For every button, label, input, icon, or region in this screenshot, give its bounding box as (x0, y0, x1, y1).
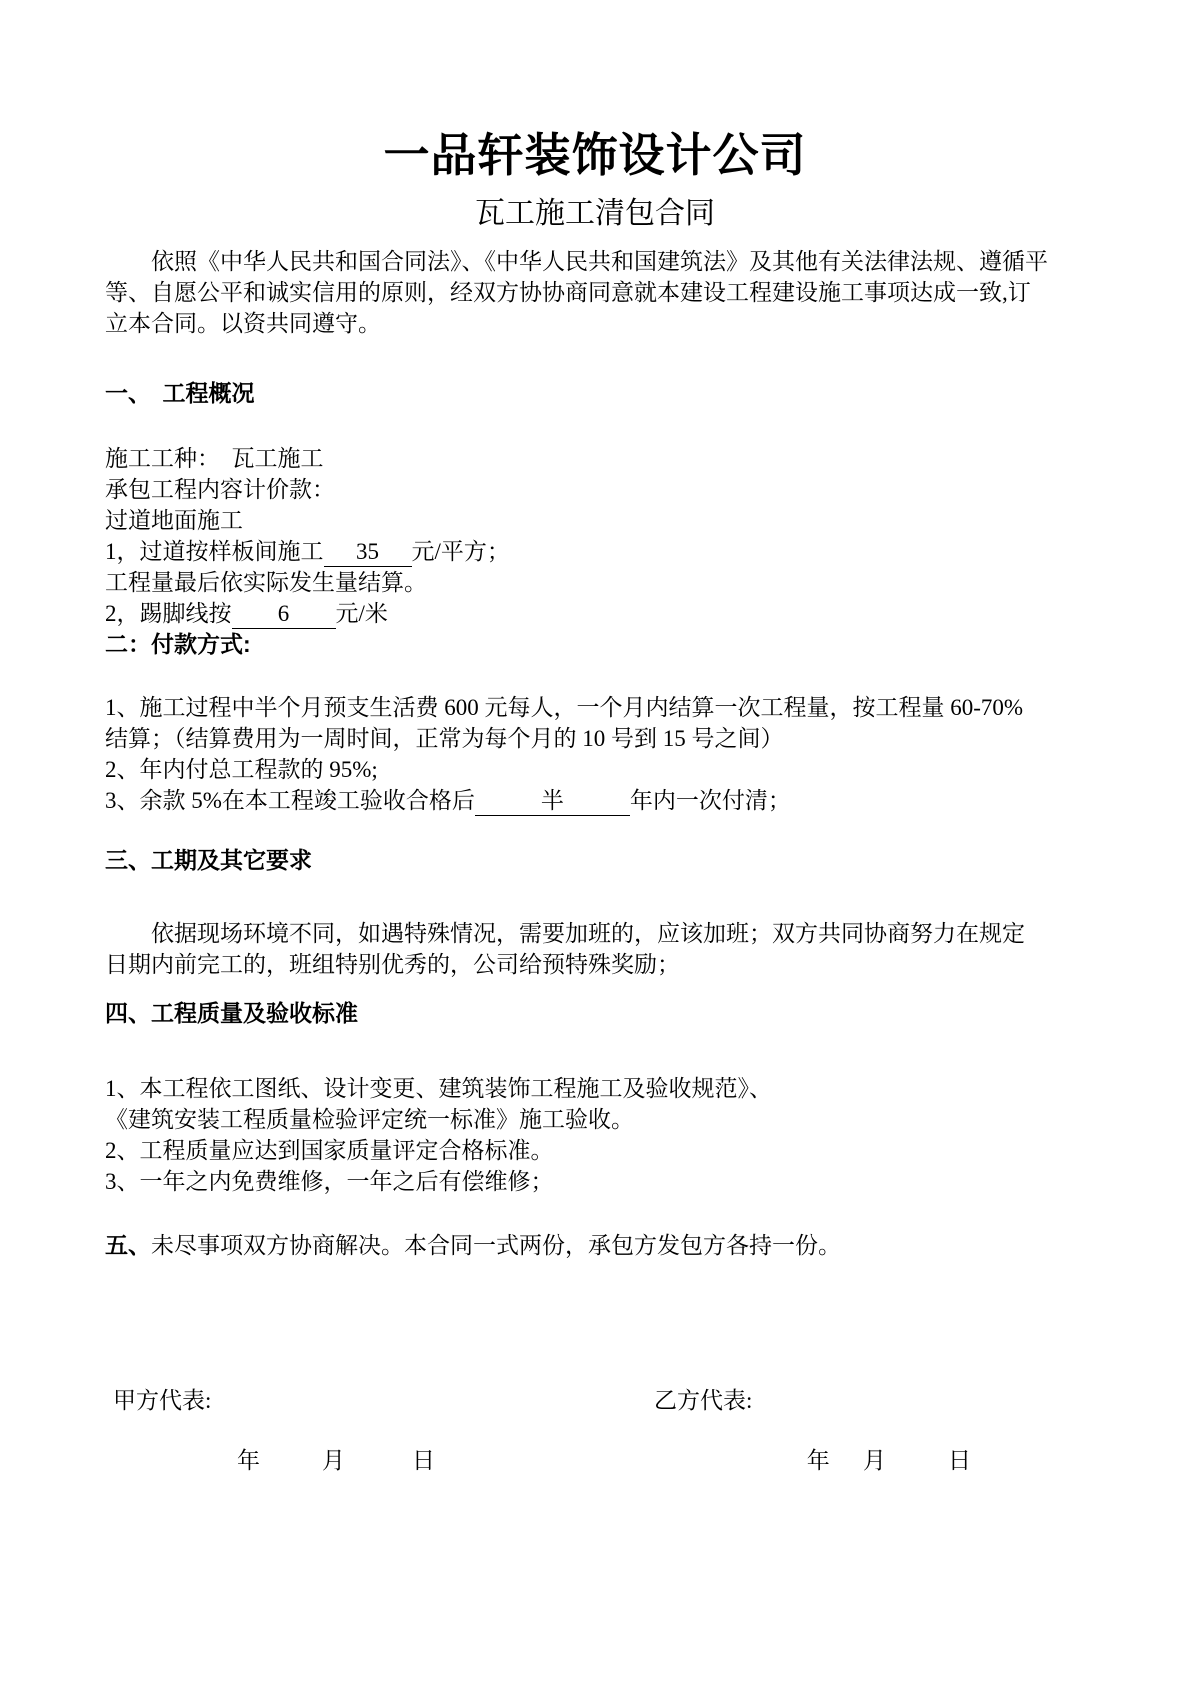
section5-number: 五、 (105, 1232, 151, 1258)
party-b-day-label: 日 (948, 1445, 971, 1476)
date-row: 年 月 日 年 月 日 (105, 1445, 1085, 1476)
price-item-1: 1，过道按样板间施工35元/平方； (105, 536, 1085, 567)
section4-heading: 四、工程质量及验收标准 (105, 998, 1085, 1029)
quality-item-3: 3、一年之内免费维修，一年之后有偿维修； (105, 1166, 1085, 1197)
section2-content: 1、施工过程中半个月预支生活费 600 元每人，一个月内结算一次工程量，按工程量… (105, 692, 1085, 816)
party-a-month-label: 月 (322, 1445, 345, 1476)
payment-item-2: 2、年内付总工程款的 95%; (105, 754, 1085, 785)
signature-row: 甲方代表: 乙方代表: (105, 1385, 1085, 1416)
intro-paragraph: 依照《中华人民共和国合同法》、《中华人民共和国建筑法》及其他有关法律法规、遵循平… (105, 246, 1085, 339)
price-item-2-blank-value: 6 (232, 599, 336, 629)
section5-line: 五、未尽事项双方协商解决。本合同一式两份，承包方发包方各持一份。 (105, 1230, 1085, 1261)
payment-item-3-prefix: 3、余款 5%在本工程竣工验收合格后 (105, 788, 475, 813)
price-item-1-prefix: 1，过道按样板间施工 (105, 539, 324, 564)
section4-content: 1、本工程依工图纸、设计变更、建筑装饰工程施工及验收规范》、 《建筑安装工程质量… (105, 1073, 1085, 1197)
price-item-1-suffix: 元/平方； (412, 539, 510, 564)
section5-text: 未尽事项双方协商解决。本合同一式两份，承包方发包方各持一份。 (151, 1233, 841, 1258)
price-item-1-blank-value: 35 (324, 537, 412, 567)
contract-document: 一品轩装饰设计公司 瓦工施工清包合同 依照《中华人民共和国合同法》、《中华人民共… (0, 0, 1190, 1683)
price-item-2-suffix: 元/米 (336, 601, 388, 626)
party-a-label: 甲方代表: (113, 1385, 211, 1416)
scope-line: 过道地面施工 (105, 505, 1085, 536)
payment-item-3-blank-value: 半 (475, 786, 630, 816)
quality-item-1-line2: 《建筑安装工程质量检验评定统一标准》施工验收。 (105, 1104, 1085, 1135)
work-type-line: 施工工种： 瓦工施工 (105, 443, 1085, 474)
payment-item-3-suffix: 年内一次付清； (630, 788, 791, 813)
party-a-day-label: 日 (412, 1445, 435, 1476)
party-b-label: 乙方代表: (654, 1385, 752, 1416)
section3-heading: 三、工期及其它要求 (105, 845, 1085, 876)
party-b-month-label: 月 (863, 1445, 886, 1476)
price-item-2-prefix: 2，踢脚线按 (105, 601, 232, 626)
contract-title: 瓦工施工清包合同 (105, 194, 1085, 234)
section1-content: 施工工种： 瓦工施工 承包工程内容计价款： 过道地面施工 1，过道按样板间施工3… (105, 443, 1085, 660)
payment-item-1: 1、施工过程中半个月预支生活费 600 元每人，一个月内结算一次工程量，按工程量… (105, 692, 1085, 754)
party-a-year-label: 年 (237, 1448, 260, 1473)
section2-heading: 二：付款方式: (105, 629, 1085, 660)
contract-content-line: 承包工程内容计价款： (105, 474, 1085, 505)
price-item-2: 2，踢脚线按6元/米 (105, 598, 1085, 629)
quality-item-2: 2、工程质量应达到国家质量评定合格标准。 (105, 1135, 1085, 1166)
section3-body: 依据现场环境不同，如遇特殊情况，需要加班的，应该加班；双方共同协商努力在规定 日… (105, 918, 1085, 980)
settlement-note-line: 工程量最后依实际发生量结算。 (105, 567, 1085, 598)
company-title: 一品轩装饰设计公司 (105, 126, 1085, 184)
quality-item-1-line1: 1、本工程依工图纸、设计变更、建筑装饰工程施工及验收规范》、 (105, 1073, 1085, 1104)
section1-heading: 一、 工程概况 (105, 378, 1085, 409)
party-b-year-label: 年 (807, 1448, 830, 1473)
payment-item-3: 3、余款 5%在本工程竣工验收合格后半年内一次付清； (105, 785, 1085, 816)
